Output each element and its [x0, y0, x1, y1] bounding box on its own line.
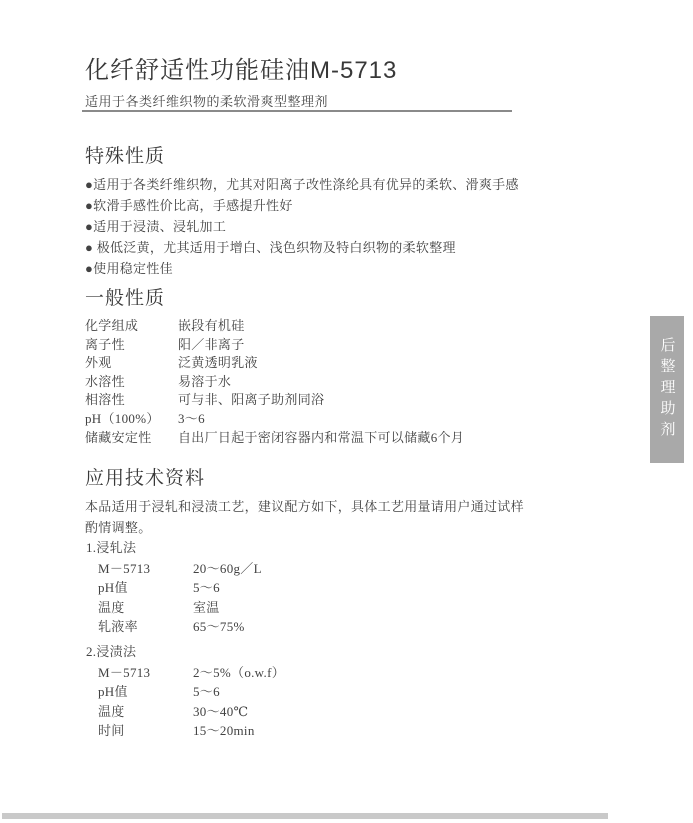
- method-row: 轧液率65～75%: [86, 617, 262, 636]
- property-label: 储藏安定性: [85, 429, 178, 448]
- method-rows: M－571320～60g／L pH值5～6 温度室温 轧液率65～75%: [86, 559, 262, 636]
- application-intro: 本品适用于浸轧和浸渍工艺，建议配方如下，具体工艺用量请用户通过试样酌情调整。: [85, 497, 525, 538]
- property-row: pH（100%）3～6: [85, 410, 464, 429]
- property-value: 可与非、阳离子助剂同浴: [178, 392, 324, 407]
- property-row: 储藏安定性自出厂日起于密闭容器内和常温下可以储藏6个月: [85, 429, 464, 448]
- bullet-item: ●适用于各类纤维织物，尤其对阳离子改性涤纶具有优异的柔软、滑爽手感: [85, 174, 519, 195]
- bullet-item: ●使用稳定性佳: [85, 258, 519, 279]
- method-row: pH值5～6: [86, 578, 262, 597]
- property-row: 离子性阳／非离子: [85, 336, 464, 355]
- method-row-label: 轧液率: [98, 617, 193, 636]
- method-row-value: 20～60g／L: [193, 561, 262, 576]
- application-heading: 应用技术资料: [85, 463, 525, 490]
- method-rows: M－57132～5%（o.w.f） pH值5～6 温度30～40℃ 时间15～2…: [86, 663, 285, 740]
- property-value: 易溶于水: [178, 374, 231, 389]
- property-value: 阳／非离子: [178, 337, 245, 352]
- document-page: 化纤舒适性功能硅油M-5713 适用于各类纤维织物的柔软滑爽型整理剂 特殊性质 …: [0, 0, 693, 823]
- section-application: 应用技术资料 本品适用于浸轧和浸渍工艺，建议配方如下，具体工艺用量请用户通过试样…: [85, 463, 525, 538]
- section-special-properties: 特殊性质 ●适用于各类纤维织物，尤其对阳离子改性涤纶具有优异的柔软、滑爽手感 ●…: [85, 141, 519, 279]
- method-dipping: 2.浸渍法 M－57132～5%（o.w.f） pH值5～6 温度30～40℃ …: [86, 643, 285, 740]
- general-properties-heading: 一般性质: [85, 283, 464, 310]
- method-row-label: 时间: [98, 721, 193, 740]
- section-general-properties: 一般性质 化学组成嵌段有机硅 离子性阳／非离子 外观泛黄透明乳液 水溶性易溶于水: [85, 283, 464, 447]
- property-row: 外观泛黄透明乳液: [85, 354, 464, 373]
- title-divider: [82, 110, 512, 112]
- category-side-tab-label: 后整理助剂: [657, 337, 678, 442]
- method-row-value: 65～75%: [193, 619, 245, 634]
- method-row: 时间15～20min: [86, 721, 285, 740]
- general-properties-table: 化学组成嵌段有机硅 离子性阳／非离子 外观泛黄透明乳液 水溶性易溶于水 相溶性可…: [85, 317, 464, 447]
- bullet-item: ● 极低泛黄，尤其适用于增白、浅色织物及特白织物的柔软整理: [85, 237, 519, 258]
- method-row: M－57132～5%（o.w.f）: [86, 663, 285, 682]
- method-row-value: 15～20min: [193, 723, 255, 738]
- page-title: 化纤舒适性功能硅油M-5713: [85, 50, 397, 85]
- method-row-label: 温度: [98, 702, 193, 721]
- property-value: 3～6: [178, 411, 205, 426]
- method-row: 温度30～40℃: [86, 702, 285, 721]
- method-row-label: M－5713: [98, 663, 193, 682]
- method-row-value: 2～5%（o.w.f）: [193, 665, 285, 680]
- property-row: 相溶性可与非、阳离子助剂同浴: [85, 391, 464, 410]
- property-label: pH（100%）: [85, 410, 178, 429]
- property-label: 化学组成: [85, 317, 178, 336]
- property-value: 泛黄透明乳液: [178, 355, 258, 370]
- method-row-label: 温度: [98, 598, 193, 617]
- method-row-value: 30～40℃: [193, 704, 248, 719]
- method-row-value: 室温: [193, 600, 220, 615]
- method-name: 1.浸轧法: [86, 539, 262, 556]
- property-label: 相溶性: [85, 391, 178, 410]
- property-label: 外观: [85, 354, 178, 373]
- method-row-label: pH值: [98, 578, 193, 597]
- property-label: 离子性: [85, 336, 178, 355]
- method-row-label: M－5713: [98, 559, 193, 578]
- page-subtitle: 适用于各类纤维织物的柔软滑爽型整理剂: [85, 91, 328, 110]
- property-value: 自出厂日起于密闭容器内和常温下可以储藏6个月: [178, 430, 464, 445]
- method-name: 2.浸渍法: [86, 643, 285, 660]
- property-row: 化学组成嵌段有机硅: [85, 317, 464, 336]
- bullet-item: ●适用于浸渍、浸轧加工: [85, 216, 519, 237]
- method-row-value: 5～6: [193, 580, 220, 595]
- special-properties-list: ●适用于各类纤维织物，尤其对阳离子改性涤纶具有优异的柔软、滑爽手感 ●软滑手感性…: [85, 174, 519, 279]
- method-row: M－571320～60g／L: [86, 559, 262, 578]
- category-side-tab: 后整理助剂: [650, 316, 684, 463]
- property-label: 水溶性: [85, 373, 178, 392]
- property-row: 水溶性易溶于水: [85, 373, 464, 392]
- bullet-item: ●软滑手感性价比高，手感提升性好: [85, 195, 519, 216]
- property-value: 嵌段有机硅: [178, 318, 245, 333]
- footer-bar: [2, 813, 608, 819]
- method-row: pH值5～6: [86, 682, 285, 701]
- method-row: 温度室温: [86, 598, 262, 617]
- method-padding: 1.浸轧法 M－571320～60g／L pH值5～6 温度室温 轧液率65～7…: [86, 539, 262, 636]
- method-row-label: pH值: [98, 682, 193, 701]
- method-row-value: 5～6: [193, 684, 220, 699]
- special-properties-heading: 特殊性质: [85, 141, 519, 168]
